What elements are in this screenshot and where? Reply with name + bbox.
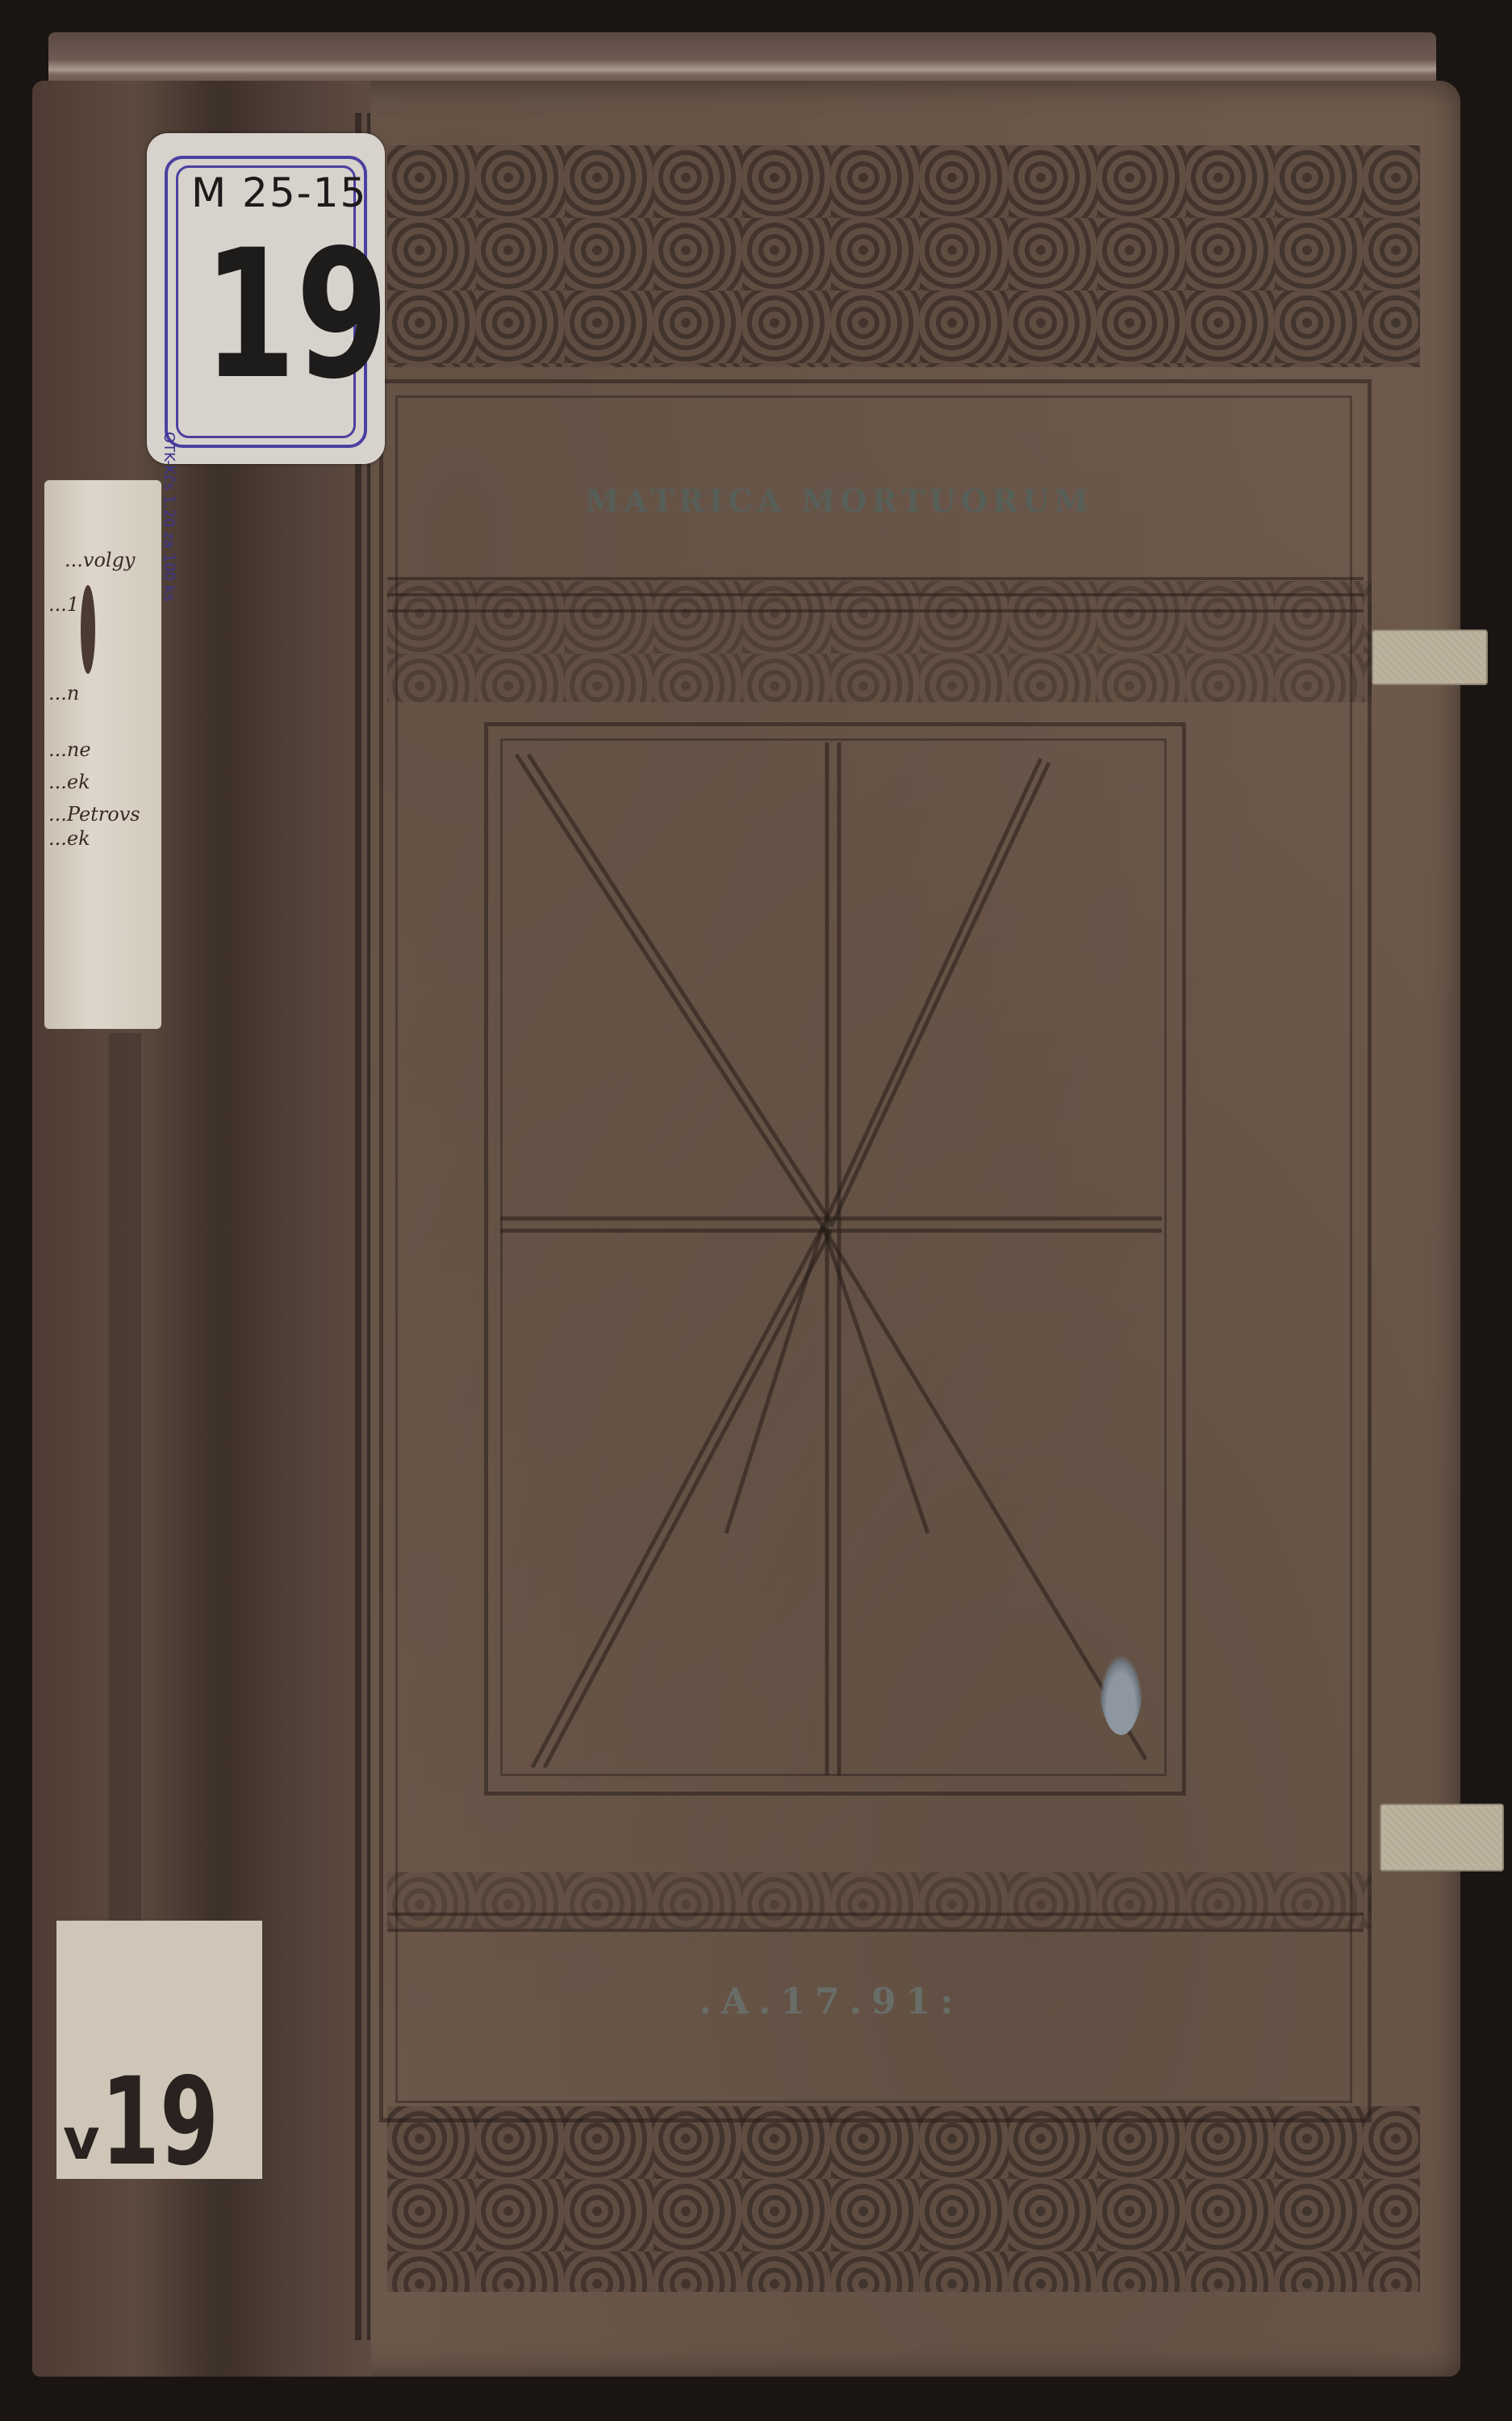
spine-label-prefix: v (63, 2106, 100, 2172)
handwriting-line: ...Petrovs (48, 803, 140, 826)
label-printer-note: OTK-Kčs 1.20 za 100 ks (161, 432, 178, 642)
handwriting-line: ...ek (48, 827, 90, 850)
paper-tear (81, 585, 95, 674)
cover-date-stamp: .A.17.91: (645, 1981, 1017, 2022)
label-volume-number: 19 (203, 226, 389, 403)
handwriting-line: ...volgy (65, 549, 136, 571)
handwriting-line: ...1 (48, 593, 79, 616)
spine-paper-label: ...volgy ...1 ...n ...ne ...ek ...Petrov… (44, 480, 161, 1029)
cover-title: MATRICA MORTUORUM (508, 483, 1170, 519)
label-catalog-code: M 25-15 (191, 169, 367, 216)
handwriting-line: ...ne (48, 738, 91, 761)
spine-label-number: 19 (101, 2062, 219, 2183)
handwriting-line: ...ek (48, 771, 90, 793)
catalog-label: M 25-15 19 OTK-Kčs 1.20 za 100 ks (147, 133, 385, 464)
lower-clasp (1380, 1804, 1504, 1871)
handwriting-line: ...n (48, 682, 79, 705)
spine-number-label: v 19 (56, 1921, 262, 2179)
upper-clasp (1372, 629, 1488, 685)
